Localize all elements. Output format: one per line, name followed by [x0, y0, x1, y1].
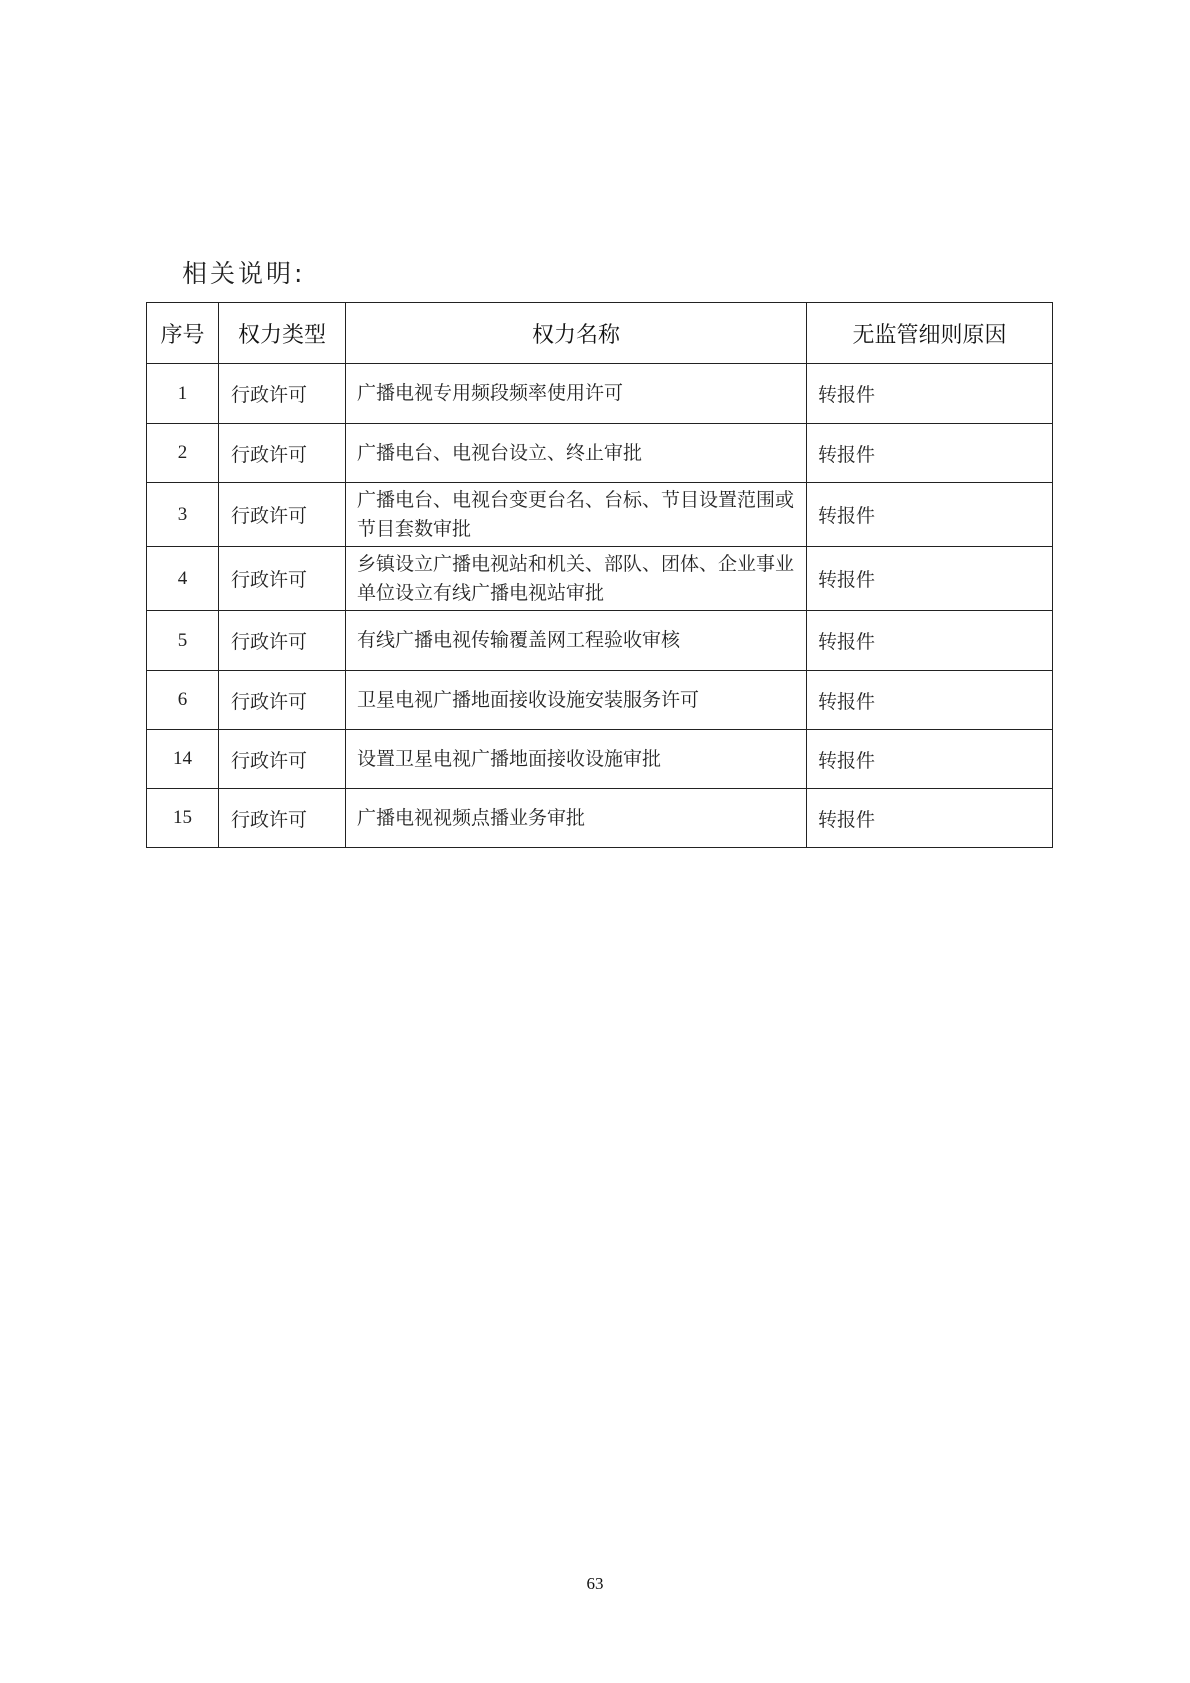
- cell-no: 5: [147, 611, 219, 671]
- cell-name: 设置卫星电视广播地面接收设施审批: [346, 730, 807, 789]
- cell-name: 乡镇设立广播电视站和机关、部队、团体、企业事业单位设立有线广播电视站审批: [346, 547, 807, 611]
- section-heading: 相关说明:: [182, 254, 305, 290]
- cell-name: 广播电视视频点播业务审批: [346, 789, 807, 848]
- header-no: 序号: [147, 303, 219, 364]
- cell-type: 行政许可: [219, 547, 346, 611]
- page-number: 63: [0, 1574, 1190, 1594]
- cell-no: 1: [147, 364, 219, 424]
- cell-no: 3: [147, 483, 219, 547]
- cell-type: 行政许可: [219, 789, 346, 848]
- cell-no: 2: [147, 424, 219, 483]
- cell-type: 行政许可: [219, 483, 346, 547]
- header-name: 权力名称: [346, 303, 807, 364]
- header-reason: 无监管细则原因: [807, 303, 1053, 364]
- table-row: 2 行政许可 广播电台、电视台设立、终止审批 转报件: [147, 424, 1053, 483]
- table-header-row: 序号 权力类型 权力名称 无监管细则原因: [147, 303, 1053, 364]
- cell-reason: 转报件: [807, 671, 1053, 730]
- table-row: 5 行政许可 有线广播电视传输覆盖网工程验收审核 转报件: [147, 611, 1053, 671]
- cell-reason: 转报件: [807, 789, 1053, 848]
- cell-reason: 转报件: [807, 424, 1053, 483]
- cell-reason: 转报件: [807, 611, 1053, 671]
- cell-reason: 转报件: [807, 547, 1053, 611]
- cell-reason: 转报件: [807, 483, 1053, 547]
- cell-name: 广播电视专用频段频率使用许可: [346, 364, 807, 424]
- cell-name: 广播电台、电视台变更台名、台标、节目设置范围或节目套数审批: [346, 483, 807, 547]
- cell-type: 行政许可: [219, 671, 346, 730]
- table-row: 4 行政许可 乡镇设立广播电视站和机关、部队、团体、企业事业单位设立有线广播电视…: [147, 547, 1053, 611]
- cell-name: 卫星电视广播地面接收设施安装服务许可: [346, 671, 807, 730]
- power-list-table: 序号 权力类型 权力名称 无监管细则原因 1 行政许可 广播电视专用频段频率使用…: [146, 302, 1053, 848]
- cell-reason: 转报件: [807, 364, 1053, 424]
- cell-no: 6: [147, 671, 219, 730]
- cell-name: 广播电台、电视台设立、终止审批: [346, 424, 807, 483]
- table-row: 14 行政许可 设置卫星电视广播地面接收设施审批 转报件: [147, 730, 1053, 789]
- cell-no: 15: [147, 789, 219, 848]
- table-row: 1 行政许可 广播电视专用频段频率使用许可 转报件: [147, 364, 1053, 424]
- cell-type: 行政许可: [219, 424, 346, 483]
- header-type: 权力类型: [219, 303, 346, 364]
- cell-type: 行政许可: [219, 364, 346, 424]
- cell-type: 行政许可: [219, 730, 346, 789]
- cell-type: 行政许可: [219, 611, 346, 671]
- cell-no: 14: [147, 730, 219, 789]
- table-row: 6 行政许可 卫星电视广播地面接收设施安装服务许可 转报件: [147, 671, 1053, 730]
- cell-no: 4: [147, 547, 219, 611]
- table-row: 15 行政许可 广播电视视频点播业务审批 转报件: [147, 789, 1053, 848]
- cell-name: 有线广播电视传输覆盖网工程验收审核: [346, 611, 807, 671]
- cell-reason: 转报件: [807, 730, 1053, 789]
- table-row: 3 行政许可 广播电台、电视台变更台名、台标、节目设置范围或节目套数审批 转报件: [147, 483, 1053, 547]
